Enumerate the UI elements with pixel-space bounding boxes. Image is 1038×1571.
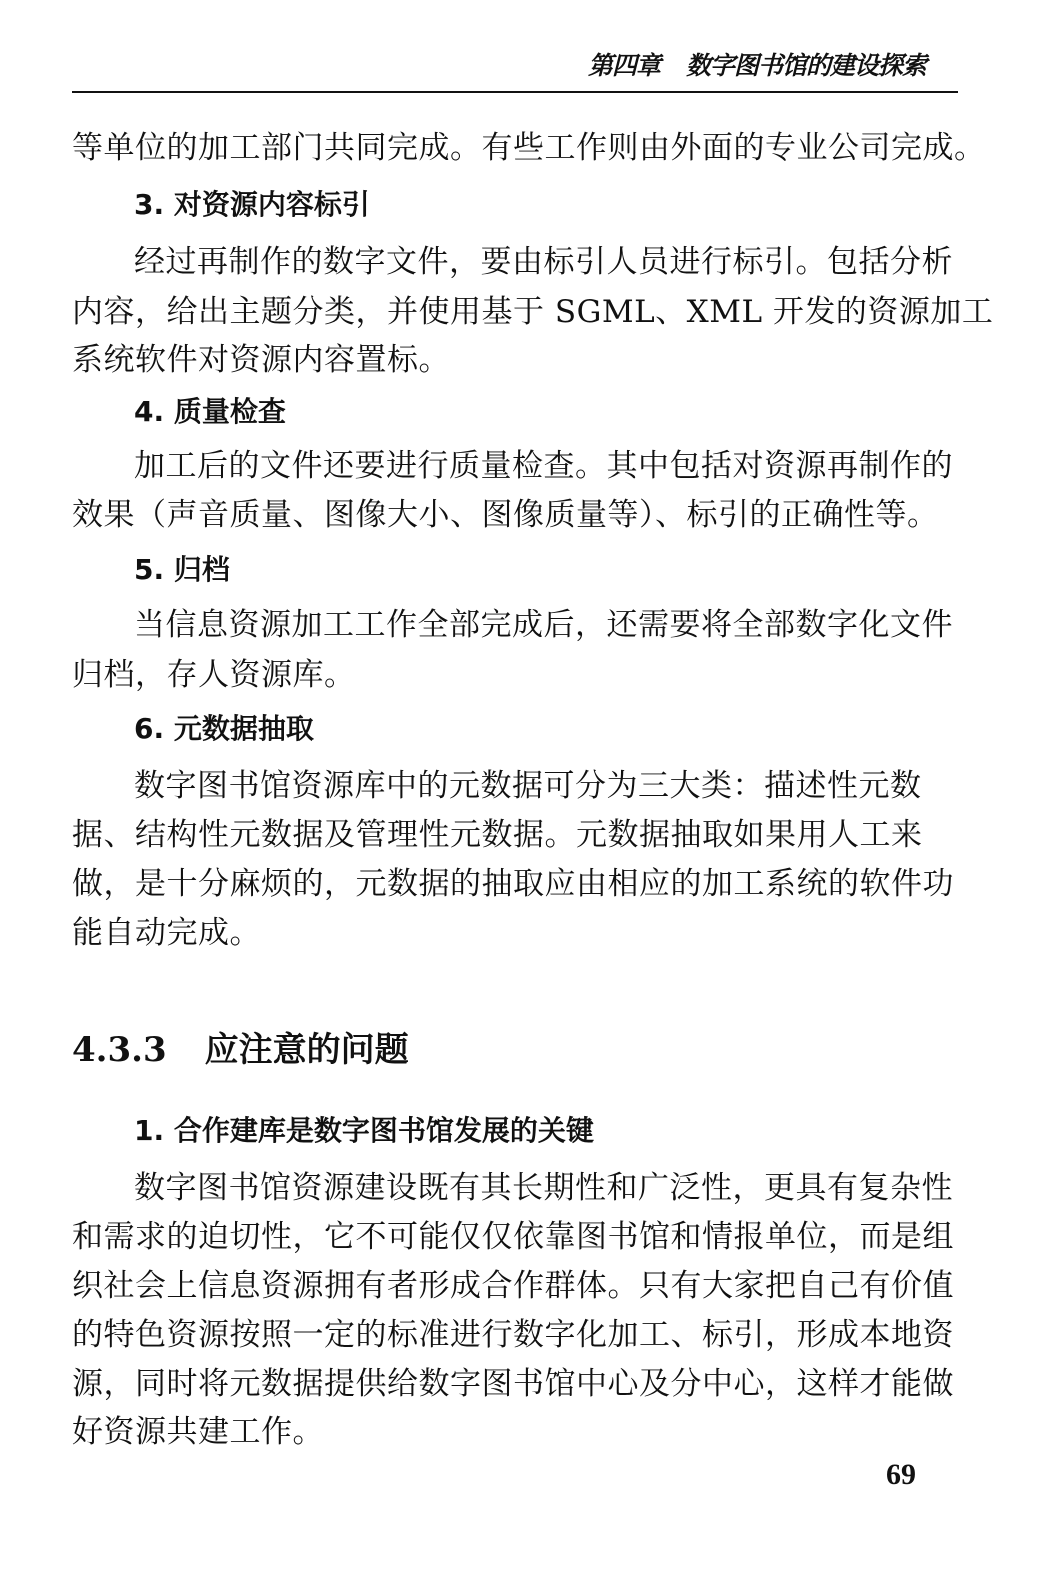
paragraph-line: 加工后的文件还要进行质量检查。其中包括对资源再制作的 [134, 448, 953, 484]
paragraph-line: 的特色资源按照一定的标准进行数字化加工、标引，形成本地资 [72, 1317, 954, 1353]
chapter-label: 第四章 [588, 51, 660, 80]
paragraph-line: 据、结构性元数据及管理性元数据。元数据抽取如果用人工来 [72, 817, 923, 853]
paragraph-line: 数字图书馆资源库中的元数据可分为三大类：描述性元数 [134, 768, 922, 804]
subheading-4: 4. 质量检查 [134, 395, 286, 429]
page-number: 69 [886, 1458, 916, 1492]
paragraph-line: 效果（声音质量、图像大小、图像质量等）、标引的正确性等。 [72, 497, 939, 533]
section-title: 4.3.3应注意的问题 [72, 1030, 409, 1070]
subheading-6: 6. 元数据抽取 [134, 712, 314, 746]
subheading-1: 1. 合作建库是数字图书馆发展的关键 [134, 1114, 594, 1148]
paragraph-line: 等单位的加工部门共同完成。有些工作则由外面的专业公司完成。 [72, 130, 986, 166]
paragraph-line: 数字图书馆资源建设既有其长期性和广泛性，更具有复杂性 [134, 1170, 953, 1206]
subheading-3: 3. 对资源内容标引 [134, 188, 370, 222]
paragraph-line: 经过再制作的数字文件，要由标引人员进行标引。包括分析 [134, 244, 953, 280]
paragraph-line: 能自动完成。 [72, 915, 261, 951]
paragraph-line: 好资源共建工作。 [72, 1414, 324, 1450]
running-header: 第四章数字图书馆的建设探索 [588, 46, 926, 82]
paragraph-line: 源，同时将元数据提供给数字图书馆中心及分中心，这样才能做 [72, 1366, 954, 1402]
paragraph-line: 当信息资源加工工作全部完成后，还需要将全部数字化文件 [134, 607, 953, 643]
section-number: 4.3.3 [72, 1030, 167, 1070]
paragraph-line: 归档，存人资源库。 [72, 657, 356, 693]
section-heading: 应注意的问题 [205, 1030, 409, 1070]
paragraph-line: 内容，给出主题分类，并使用基于 SGML、XML 开发的资源加工 [72, 294, 993, 330]
paragraph-line: 和需求的迫切性，它不可能仅仅依靠图书馆和情报单位，而是组 [72, 1219, 954, 1255]
header-rule [72, 91, 958, 93]
paragraph-line: 系统软件对资源内容置标。 [72, 342, 450, 378]
paragraph-line: 做，是十分麻烦的，元数据的抽取应由相应的加工系统的软件功 [72, 866, 954, 902]
chapter-title: 数字图书馆的建设探索 [686, 51, 926, 80]
subheading-5: 5. 归档 [134, 553, 230, 587]
paragraph-line: 织社会上信息资源拥有者形成合作群体。只有大家把自己有价值 [72, 1268, 954, 1304]
